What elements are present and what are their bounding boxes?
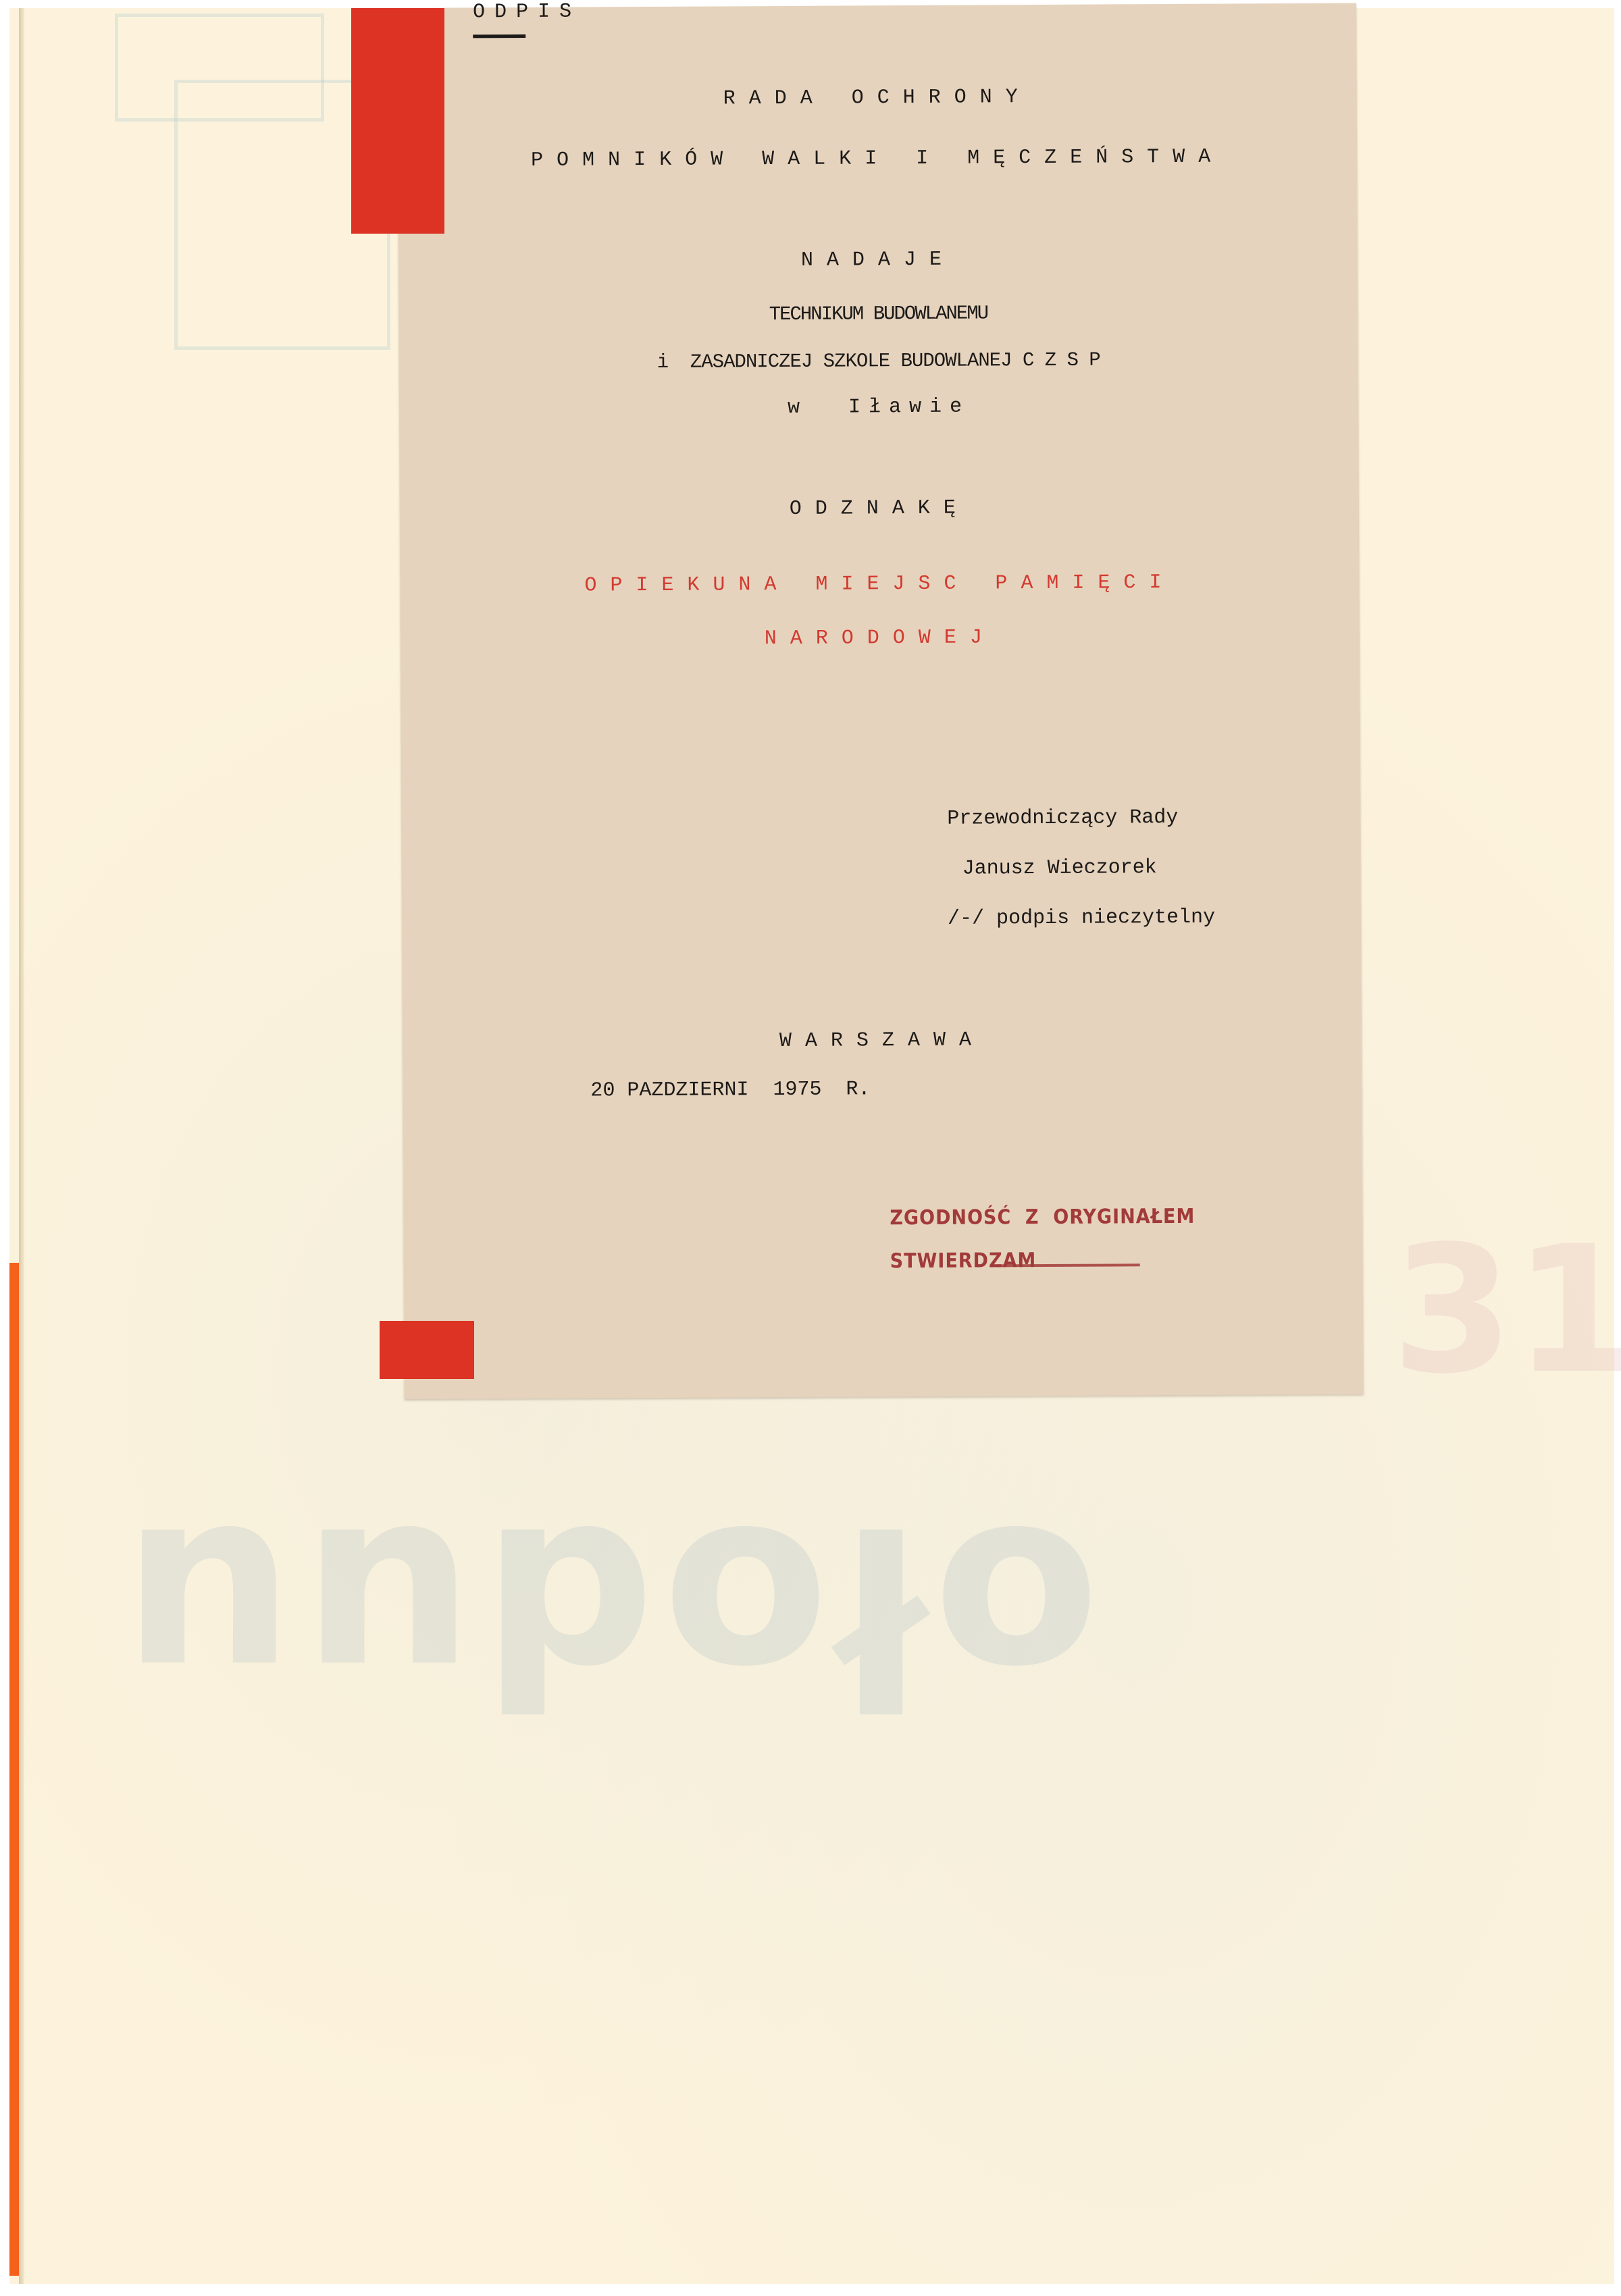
typed-certificate-sheet: ODPIS RADA OCHRONY POMNIKÓW WALKI I MĘCZ…	[397, 3, 1364, 1399]
page-edge	[19, 8, 24, 2284]
header-label: ODPIS	[473, 1, 581, 24]
award-title-line-2: NARODOWEJ	[401, 625, 1360, 652]
show-through-text: ołoduu	[115, 1472, 1100, 1755]
award-title-line-1: OPIEKUNA MIEJSC PAMIĘCI	[400, 571, 1359, 598]
certification-stamp-line-1: ZGODNOŚĆ Z ORYGINAŁEM	[890, 1205, 1195, 1230]
recipient-line-3: w Iławie	[399, 394, 1358, 421]
signature-note: /-/ podpis nieczytelny	[948, 906, 1215, 931]
recipient-line-1: TECHNIKUM BUDOWLANEMU	[398, 301, 1358, 328]
place: WARSZAWA	[403, 1027, 1362, 1055]
certification-stamp-line-2: STWIERDZAM	[890, 1249, 1037, 1273]
signatory-name: Janusz Wieczorek	[962, 856, 1157, 881]
issuer-line-1: RADA OCHRONY	[398, 84, 1357, 112]
red-tab-bottom	[380, 1321, 474, 1379]
signatory-role: Przewodniczący Rady	[947, 806, 1178, 831]
orange-cover-edge	[9, 1263, 19, 2276]
red-tab-top	[351, 8, 444, 234]
verb: NADAJE	[398, 246, 1358, 274]
header-underline	[473, 34, 525, 38]
recipient-line-2: i ZASADNICZEJ SZKOLE BUDOWLANEJ C Z S P	[399, 348, 1358, 375]
stamp-signature-line	[997, 1263, 1140, 1267]
award-label: ODZNAKĘ	[400, 495, 1359, 523]
date: 20 PAZDZIERNI 1975 R.	[590, 1078, 870, 1102]
issuer-line-2: POMNIKÓW WALKI I MĘCZEŃSTWA	[398, 145, 1357, 173]
show-through-marking: 31	[1391, 1209, 1621, 1413]
